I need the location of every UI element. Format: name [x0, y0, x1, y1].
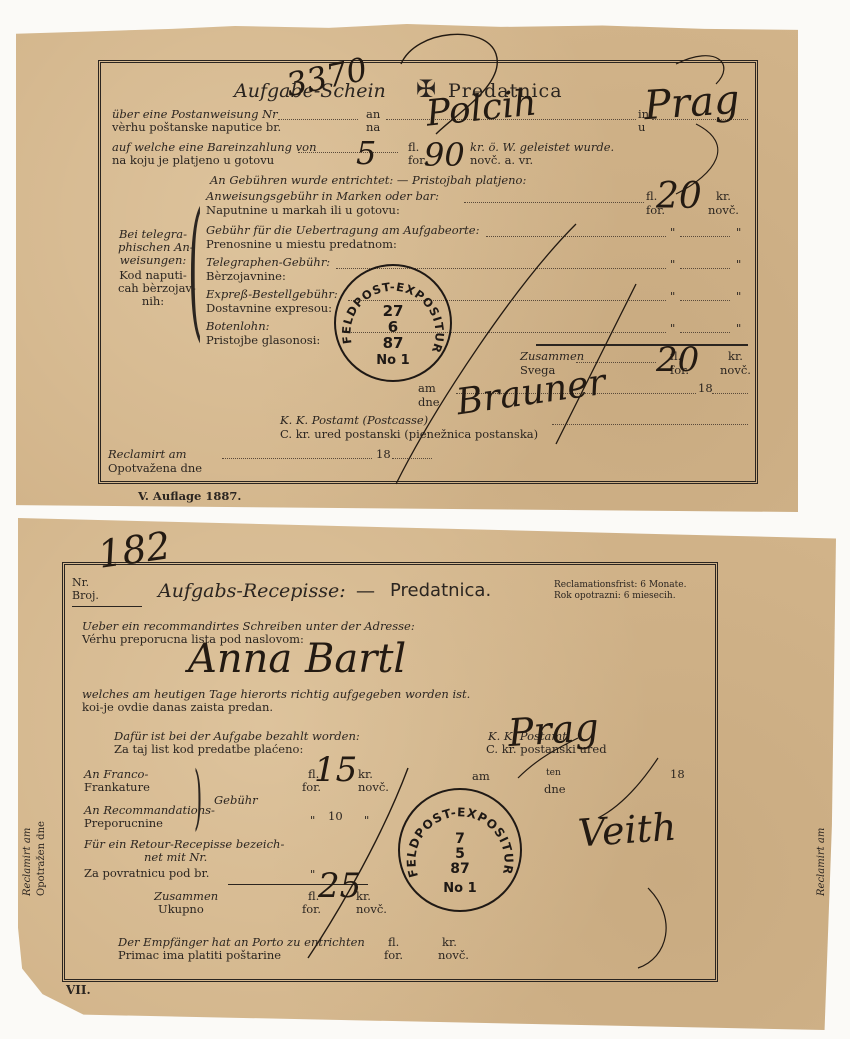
- feldpost-postmark: FELDPOST-EXPOSITUR 27 6 87 No 1: [334, 264, 452, 382]
- postmark-month: 6: [336, 320, 450, 334]
- handwritten-flourish-icon: [18, 518, 836, 1030]
- postmark-day: 27: [336, 304, 450, 318]
- registered-letter-receipt: Nr. Broj. Aufgabs-Recepisse: — Predatnic…: [18, 518, 836, 1030]
- postal-money-order-receipt: Aufgabe-Schein ✠ Predatnica über eine Po…: [16, 24, 798, 512]
- postmark-year: 87: [336, 336, 450, 350]
- feldpost-postmark: FELDPOST-EXPOSITUR 7 5 87 No 1: [398, 788, 522, 912]
- postmark-month: 5: [400, 847, 520, 861]
- postmark-number: No 1: [400, 882, 520, 896]
- postmark-year: 87: [400, 862, 520, 876]
- postmark-number: No 1: [336, 354, 450, 368]
- postmark-day: 7: [400, 832, 520, 846]
